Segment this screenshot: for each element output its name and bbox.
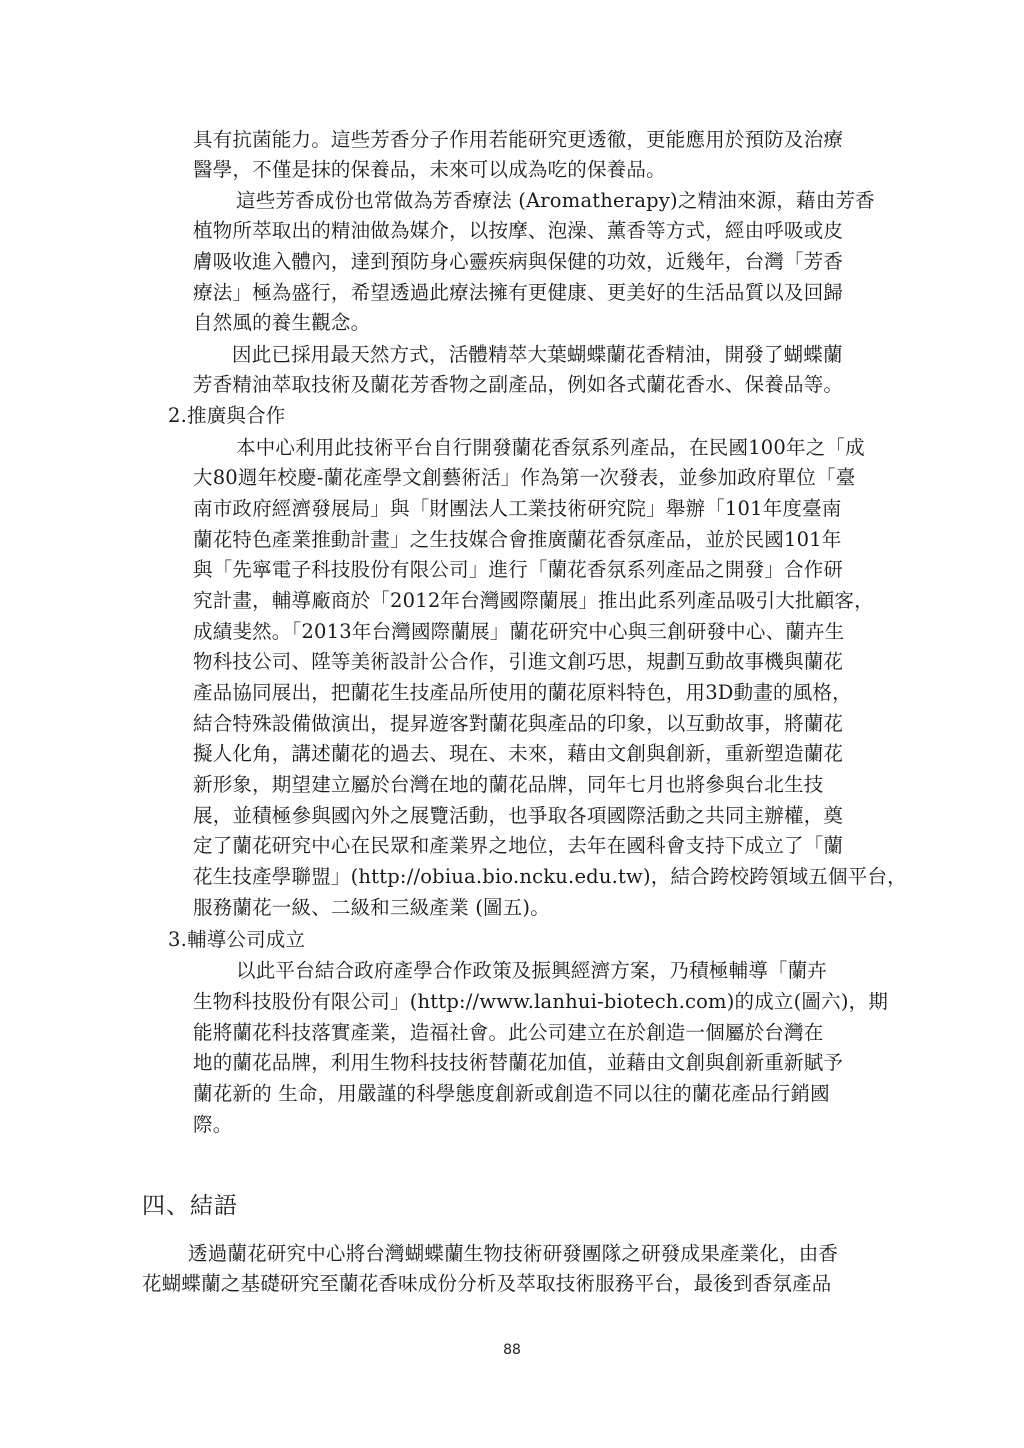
text-line: 具有抗菌能力。這些芳香分子作用若能研究更透徹，更能應用於預防及治療 — [193, 128, 843, 152]
text-line: 物科技公司、陞等美術設計公合作，引進文創巧思，規劃互動故事機與蘭花 — [193, 650, 843, 674]
text-line: 蘭花新的 生命，用嚴謹的科學態度創新或創造不同以往的蘭花產品行銷國 — [193, 1082, 830, 1106]
text-line: 定了蘭花研究中心在民眾和產業界之地位，去年在國科會支持下成立了「蘭 — [193, 834, 843, 858]
text-line: 擬人化角，講述蘭花的過去、現在、未來，藉由文創與創新，重新塑造蘭花 — [193, 742, 843, 766]
text-line: 結合特殊設備做演出，提昇遊客對蘭花與產品的印象，以互動故事，將蘭花 — [193, 712, 843, 736]
text-line: 以此平台結合政府產學合作政策及振興經濟方案，乃積極輔導「蘭卉 — [236, 959, 827, 983]
text-line: 產品協同展出，把蘭花生技產品所使用的蘭花原料特色，用3D動畫的風格， — [193, 681, 852, 705]
text-line: 成績斐然。「2013年台灣國際蘭展」蘭花研究中心與三創研發中心、蘭卉生 — [193, 620, 844, 644]
page-number: 88 — [0, 1342, 1024, 1358]
text-line: 地的蘭花品牌，利用生物科技技術替蘭花加值，並藉由文創與創新重新賦予 — [193, 1051, 843, 1075]
text-line: 展，並積極參與國內外之展覽活動，也爭取各項國際活動之共同主辦權，奠 — [193, 804, 843, 828]
text-line: 究計畫，輔導廠商於「2012年台灣國際蘭展」推出此系列產品吸引大批顧客， — [193, 589, 874, 613]
text-line: 與「先寧電子科技股份有限公司」進行「蘭花香氛系列產品之開發」合作研 — [193, 558, 843, 582]
text-line: 植物所萃取出的精油做為媒介，以按摩、泡澡、薰香等方式，經由呼吸或皮 — [193, 219, 843, 243]
text-line: 自然風的養生觀念。 — [193, 311, 370, 335]
text-line: 新形象，期望建立屬於台灣在地的蘭花品牌，同年七月也將參與台北生技 — [193, 773, 823, 797]
conclusion-text-line: 花蝴蝶蘭之基礎研究至蘭花香味成份分析及萃取技術服務平台，最後到香氛產品 — [142, 1272, 832, 1296]
text-line: 這些芳香成份也常做為芳香療法 (Aromatherapy)之精油來源，藉由芳香 — [236, 189, 875, 213]
text-line: 療法」極為盛行，希望透過此療法擁有更健康、更美好的生活品質以及回歸 — [193, 281, 843, 305]
text-line: 際。 — [193, 1113, 232, 1137]
subheading: 3.輔導公司成立 — [168, 928, 305, 952]
text-line: 因此已採用最天然方式，活體精萃大葉蝴蝶蘭花香精油，開發了蝴蝶蘭 — [232, 343, 843, 367]
conclusion-text-line: 透過蘭花研究中心將台灣蝴蝶蘭生物技術研發團隊之研發成果產業化，由香 — [188, 1242, 838, 1266]
text-line: 膚吸收進入體內，達到預防身心靈疾病與保健的功效，近幾年，台灣「芳香 — [193, 250, 843, 274]
text-line: 能將蘭花科技落實產業，造福社會。此公司建立在於創造一個屬於台灣在 — [193, 1021, 823, 1045]
text-line: 生物科技股份有限公司」(http://www.lanhui-biotech.co… — [193, 990, 888, 1014]
text-line: 芳香精油萃取技術及蘭花芳香物之副產品，例如各式蘭花香水、保養品等。 — [193, 373, 843, 397]
text-line: 蘭花特色產業推動計畫」之生技媒合會推廣蘭花香氛產品，並於民國101年 — [193, 528, 842, 552]
text-line: 醫學，不僅是抹的保養品，未來可以成為吃的保養品。 — [193, 158, 666, 182]
document-page: 具有抗菌能力。這些芳香分子作用若能研究更透徹，更能應用於預防及治療醫學，不僅是抹… — [0, 0, 1024, 1448]
subheading: 2.推廣與合作 — [168, 404, 286, 428]
text-line: 本中心利用此技術平台自行開發蘭花香氛系列產品，在民國100年之「成 — [236, 436, 865, 460]
text-line: 花生技產學聯盟」(http://obiua.bio.ncku.edu.tw)，結… — [193, 865, 907, 889]
text-line: 大80週年校慶-蘭花產學文創藝術活」作為第一次發表，並參加政府單位「臺 — [193, 466, 855, 490]
text-line: 南市政府經濟發展局」與「財團法人工業技術研究院」舉辦「101年度臺南 — [193, 497, 842, 521]
section-heading-conclusion: 四、結語 — [142, 1192, 238, 1220]
text-line: 服務蘭花一級、二級和三級產業 (圖五)。 — [193, 896, 550, 920]
